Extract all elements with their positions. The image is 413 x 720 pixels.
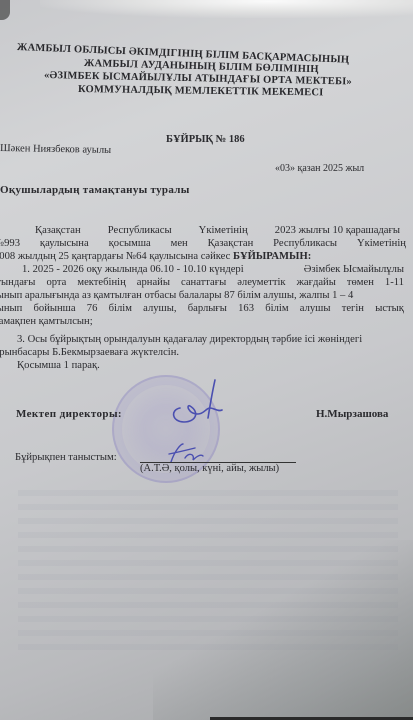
- text: сынып аралығында аз қамтылған отбасы бал…: [0, 290, 353, 301]
- text: бойынша: [34, 303, 76, 314]
- village-name: Шәкен Ниязбеков ауылы: [0, 143, 111, 156]
- shadow: [153, 540, 413, 720]
- item-1-line-4: сынып бойынша 76 білім алушы, барлығы 16…: [0, 303, 404, 314]
- text: 2008 жылдың 25 қаңтардағы №64 қаулысына …: [0, 251, 233, 262]
- order-title: БҰЙРЫҚ № 186: [166, 134, 245, 145]
- header-line-4: КОММУНАЛДЫҚ МЕМЛЕКЕТТІК МЕКЕМЕСІ: [78, 84, 324, 98]
- text: ыстық: [375, 303, 404, 314]
- text: төмен: [347, 277, 374, 288]
- attachment-note: Қосымша 1 парақ.: [17, 360, 100, 371]
- text: жағдайы: [297, 277, 336, 288]
- order-subject: Оқушылардың тамақтануы туралы: [0, 184, 190, 196]
- text: орта: [46, 277, 66, 288]
- text: 1. 2025 - 2026 оқу жылында 06.10 - 10.10…: [22, 264, 244, 275]
- text: мектебінің: [77, 277, 125, 288]
- text: арнайы: [137, 277, 170, 288]
- item-1-line-3: сынып аралығында аз қамтылған отбасы бал…: [0, 290, 353, 301]
- item-1-line-1: 1. 2025 - 2026 оқу жылында 06.10 - 10.10…: [22, 264, 404, 275]
- text: тегін: [342, 303, 364, 314]
- text: санаттағы: [181, 277, 226, 288]
- text: 2023 жылғы 10 қарашадағы: [275, 225, 400, 236]
- text: алушы,: [143, 303, 176, 314]
- text: қосымша: [109, 238, 151, 249]
- text: Үкіметінің: [199, 225, 248, 236]
- text: 163: [238, 303, 254, 314]
- text: барлығы: [188, 303, 227, 314]
- text: білім: [109, 303, 132, 314]
- acknowledged-hint: (А.Т.Ә, қолы, күні, айы, жылы): [140, 463, 279, 474]
- text: атындағы: [0, 277, 35, 288]
- preamble-line-2: №993 қаулысына қосымша мен Қазақстан Рес…: [0, 238, 406, 249]
- preamble-line-3: 2008 жылдың 25 қаңтардағы №64 қаулысына …: [0, 251, 311, 262]
- text: №993: [0, 238, 20, 249]
- director-signature: [160, 378, 230, 428]
- text: мен: [171, 238, 188, 249]
- text: 76: [87, 303, 98, 314]
- item-3-line-1: 3. Осы бұйрықтың орындалуын қадағалау ди…: [17, 334, 362, 345]
- text: Республикасы: [273, 238, 337, 249]
- text: Қазақстан: [35, 225, 81, 236]
- director-name: Н.Мырзашова: [316, 408, 388, 420]
- director-label: Мектеп директоры:: [16, 408, 122, 420]
- text: 1-11: [385, 277, 404, 288]
- acknowledged-label: Бұйрықпен таныстым:: [15, 452, 117, 463]
- text: Үкіметінің: [357, 238, 406, 249]
- item-1-line-2: атындағы орта мектебінің арнайы санаттағ…: [0, 277, 404, 288]
- preamble-line-1: Қазақстан Республикасы Үкіметінің 2023 ж…: [35, 225, 400, 236]
- text: Республикасы: [108, 225, 172, 236]
- text: алушы: [300, 303, 331, 314]
- text: білім: [265, 303, 288, 314]
- text: әлеуметтік: [237, 277, 285, 288]
- item-1-line-5: тамақпен қамтылсын;: [0, 316, 93, 327]
- text: қаулысына: [40, 238, 89, 249]
- text: Қазақстан: [208, 238, 254, 249]
- item-3-line-2: орынбасары Б.Бекмырзаеваға жүктелсін.: [0, 347, 179, 358]
- text: сынып: [0, 303, 22, 314]
- order-keyword: БҰЙЫРАМЫН:: [233, 251, 311, 262]
- text: Әзімбек Ысмайылұлы: [304, 264, 404, 275]
- order-date: «03» қазан 2025 жыл: [275, 163, 364, 174]
